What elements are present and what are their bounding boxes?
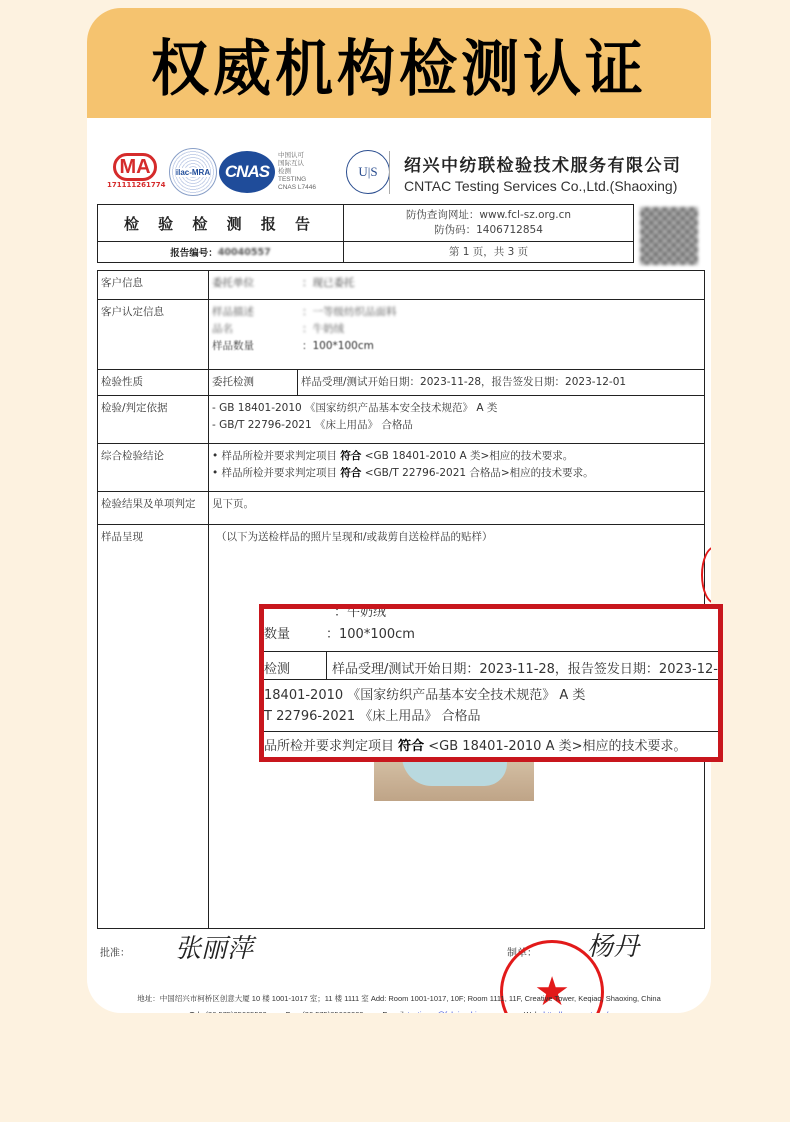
qr-code-icon	[640, 207, 698, 265]
verify-url: 防伪查询网址：www.fcl-sz.org.cn	[344, 207, 633, 222]
cma-number: 171111261774	[107, 181, 163, 189]
basis-label: 检验/判定依据	[98, 396, 209, 444]
company-name: 绍兴中纺联检验技术服务有限公司 CNTAC Testing Services C…	[389, 151, 682, 194]
banner: 权威机构检测认证	[87, 8, 711, 118]
highlight-zoom-callout: ：牛奶绒 数量 ：100*100cm 检测 样品受理/测试开始日期：2023-1…	[259, 604, 723, 762]
approver-label: 批准：	[100, 944, 130, 959]
accreditation-logos: MA 171111261774 ilac-MRA CNAS 中国认可 国际互认 …	[107, 146, 390, 198]
report-main-table: 客户信息 委托单位：现已委托 客户认定信息 样品描述：一等级纺织品面料 品名：牛…	[97, 270, 705, 929]
basis-values: - GB 18401-2010 《国家纺织产品基本安全技术规范》 A 类 - G…	[209, 396, 705, 444]
verify-code: 防伪码：1406712854	[344, 222, 633, 237]
sample-photo	[374, 756, 534, 801]
cnas-logo-icon: CNAS	[219, 151, 275, 193]
results-label: 检验结果及单项判定	[98, 492, 209, 525]
ilac-mra-logo-icon: ilac-MRA	[169, 148, 217, 196]
cnas-caption: 中国认可 国际互认 检测 TESTING CNAS L7446	[278, 152, 316, 192]
table-row: 综合检验结论 • 样品所检并要求判定项目 符合 <GB 18401-2010 A…	[98, 444, 705, 492]
cma-logo: MA 171111261774	[107, 156, 163, 189]
table-row: 检验结果及单项判定 见下页。	[98, 492, 705, 525]
table-row: 检验性质 委托检测 样品受理/测试开始日期：2023-11-28，报告签发日期：…	[98, 370, 705, 396]
footer-address: 地址：中国绍兴市柯桥区创意大厦 10 楼 1001-1017 室；11 楼 11…	[87, 993, 711, 1004]
report-number: 报告编号：40040557	[98, 242, 344, 262]
customer-info-label: 客户信息	[98, 271, 209, 300]
banner-title: 权威机构检测认证	[151, 19, 647, 107]
footer: 地址：中国绍兴市柯桥区创意大厦 10 楼 1001-1017 室；11 楼 11…	[87, 993, 711, 1013]
uts-scale-logo-icon: U|S	[346, 150, 390, 194]
inspection-dates: 样品受理/测试开始日期：2023-11-28，报告签发日期：2023-12-01	[298, 370, 705, 396]
certificate-card: 权威机构检测认证 MA 171111261774 ilac-MRA CNAS 中…	[87, 8, 711, 1013]
conclusion-values: • 样品所检并要求判定项目 符合 <GB 18401-2010 A 类>相应的技…	[209, 444, 705, 492]
sample-label: 样品呈现	[98, 525, 209, 929]
company-name-en: CNTAC Testing Services Co.,Ltd.(Shaoxing…	[404, 178, 682, 194]
customer-declared-label: 客户认定信息	[98, 300, 209, 370]
web-link[interactable]: http://www.c-uts.cn/	[543, 1010, 608, 1013]
table-row: 客户认定信息 样品描述：一等级纺织品面料 品名：牛奶绒 样品数量：100*100…	[98, 300, 705, 370]
footer-contact: Tel.: (86 575)85665599 Fax: (86 575)8566…	[87, 1010, 711, 1013]
table-row: 检验/判定依据 - GB 18401-2010 《国家纺织产品基本安全技术规范》…	[98, 396, 705, 444]
results-value: 见下页。	[209, 492, 705, 525]
report-header-table: 检 验 检 测 报 告 防伪查询网址：www.fcl-sz.org.cn 防伪码…	[97, 204, 634, 263]
email-link[interactable]: testingsx@fabricschina.com.cn	[408, 1010, 512, 1013]
report-title: 检 验 检 测 报 告	[98, 205, 344, 241]
cma-mark-icon: MA	[113, 153, 156, 181]
approver-signature: 张丽萍	[175, 928, 253, 965]
table-row: 客户信息 委托单位：现已委托	[98, 271, 705, 300]
page-info: 第 1 页，共 3 页	[344, 242, 633, 262]
customer-declared-values: 样品描述：一等级纺织品面料 品名：牛奶绒 样品数量：100*100cm	[209, 300, 705, 370]
customer-info-value: 委托单位：现已委托	[209, 271, 705, 300]
company-name-cn: 绍兴中纺联检验技术服务有限公司	[404, 151, 682, 176]
conclusion-label: 综合检验结论	[98, 444, 209, 492]
maker-signature: 杨丹	[587, 926, 639, 963]
inspection-type-value: 委托检测	[209, 370, 298, 396]
inspection-type-label: 检验性质	[98, 370, 209, 396]
